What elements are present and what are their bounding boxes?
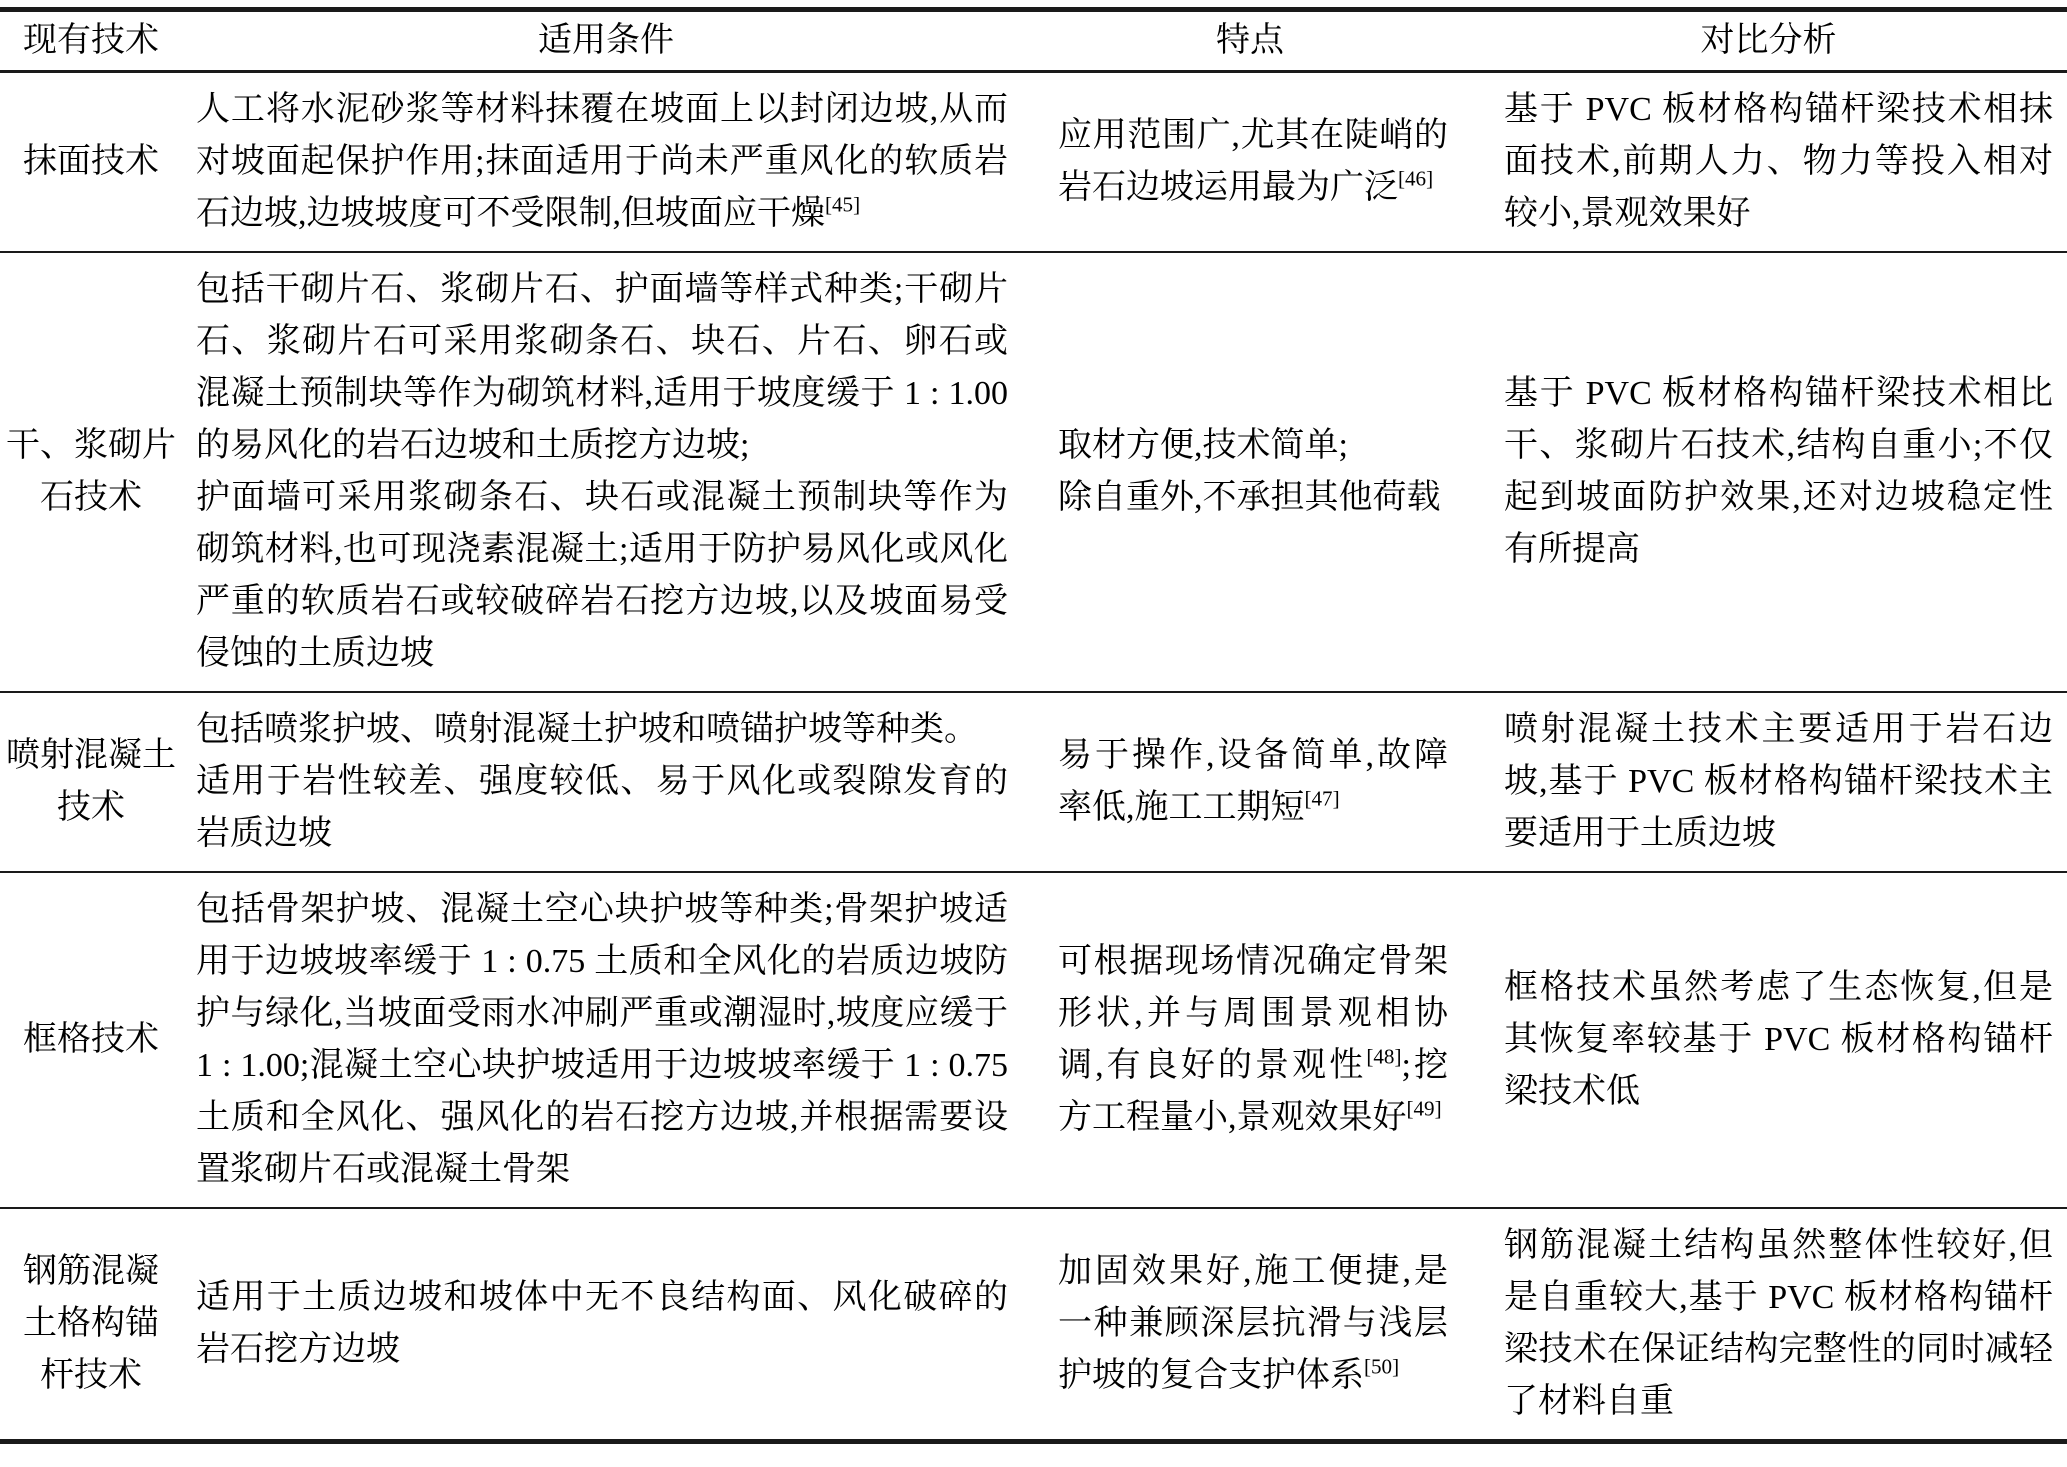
- cell-comparative-analysis: 喷射混凝土技术主要适用于岩石边坡,基于 PVC 板材格构锚杆梁技术主要适用于土质…: [1470, 692, 2067, 872]
- table-row-masonry-rubble: 干、浆砌片石技术 包括干砌片石、浆砌片石、护面墙等样式种类;干砌片石、浆砌片石可…: [0, 252, 2067, 692]
- header-comparative-analysis: 对比分析: [1470, 10, 2067, 72]
- cell-applicable-conditions: 包括喷浆护坡、喷射混凝土护坡和喷锚护坡等种类。适用于岩性较差、强度较低、易于风化…: [182, 692, 1030, 872]
- cell-comparative-analysis: 钢筋混凝土结构虽然整体性较好,但是自重较大,基于 PVC 板材格构锚杆梁技术在保…: [1470, 1208, 2067, 1442]
- technology-comparison-table: 现有技术 适用条件 特点 对比分析 抹面技术 人工将水泥砂浆等材料抹覆在坡面上以…: [0, 7, 2067, 1444]
- cell-technology-name: 抹面技术: [0, 72, 182, 253]
- cell-characteristics: 应用范围广,尤其在陡峭的岩石边坡运用最为广泛[46]: [1030, 72, 1470, 253]
- cell-applicable-conditions: 适用于土质边坡和坡体中无不良结构面、风化破碎的岩石挖方边坡: [182, 1208, 1030, 1442]
- cell-applicable-conditions: 包括干砌片石、浆砌片石、护面墙等样式种类;干砌片石、浆砌片石可采用浆砌条石、块石…: [182, 252, 1030, 692]
- cell-comparative-analysis: 框格技术虽然考虑了生态恢复,但是其恢复率较基于 PVC 板材格构锚杆梁技术低: [1470, 872, 2067, 1208]
- cell-applicable-conditions: 包括骨架护坡、混凝土空心块护坡等种类;骨架护坡适用于边坡坡率缓于 1 : 0.7…: [182, 872, 1030, 1208]
- cell-characteristics: 易于操作,设备简单,故障率低,施工工期短[47]: [1030, 692, 1470, 872]
- cell-technology-name: 钢筋混凝土格构锚杆技术: [0, 1208, 182, 1442]
- header-row: 现有技术 适用条件 特点 对比分析: [0, 10, 2067, 72]
- cell-comparative-analysis: 基于 PVC 板材格构锚杆梁技术相比干、浆砌片石技术,结构自重小;不仅起到坡面防…: [1470, 252, 2067, 692]
- table-row-shotcrete: 喷射混凝土技术 包括喷浆护坡、喷射混凝土护坡和喷锚护坡等种类。适用于岩性较差、强…: [0, 692, 2067, 872]
- cell-characteristics: 可根据现场情况确定骨架形状,并与周围景观相协调,有良好的景观性[48];挖方工程…: [1030, 872, 1470, 1208]
- paper-page: 现有技术 适用条件 特点 对比分析 抹面技术 人工将水泥砂浆等材料抹覆在坡面上以…: [0, 0, 2067, 1454]
- cell-characteristics: 取材方便,技术简单;除自重外,不承担其他荷载: [1030, 252, 1470, 692]
- cell-technology-name: 干、浆砌片石技术: [0, 252, 182, 692]
- header-applicable-conditions: 适用条件: [182, 10, 1030, 72]
- cell-characteristics: 加固效果好,施工便捷,是一种兼顾深层抗滑与浅层护坡的复合支护体系[50]: [1030, 1208, 1470, 1442]
- table-row-plastering: 抹面技术 人工将水泥砂浆等材料抹覆在坡面上以封闭边坡,从而对坡面起保护作用;抹面…: [0, 72, 2067, 253]
- table-row-frame-grid: 框格技术 包括骨架护坡、混凝土空心块护坡等种类;骨架护坡适用于边坡坡率缓于 1 …: [0, 872, 2067, 1208]
- header-existing-technology: 现有技术: [0, 10, 182, 72]
- cell-technology-name: 喷射混凝土技术: [0, 692, 182, 872]
- cell-comparative-analysis: 基于 PVC 板材格构锚杆梁技术相抹面技术,前期人力、物力等投入相对较小,景观效…: [1470, 72, 2067, 253]
- header-characteristics: 特点: [1030, 10, 1470, 72]
- table-row-rc-lattice-anchor: 钢筋混凝土格构锚杆技术 适用于土质边坡和坡体中无不良结构面、风化破碎的岩石挖方边…: [0, 1208, 2067, 1442]
- cell-applicable-conditions: 人工将水泥砂浆等材料抹覆在坡面上以封闭边坡,从而对坡面起保护作用;抹面适用于尚未…: [182, 72, 1030, 253]
- cell-technology-name: 框格技术: [0, 872, 182, 1208]
